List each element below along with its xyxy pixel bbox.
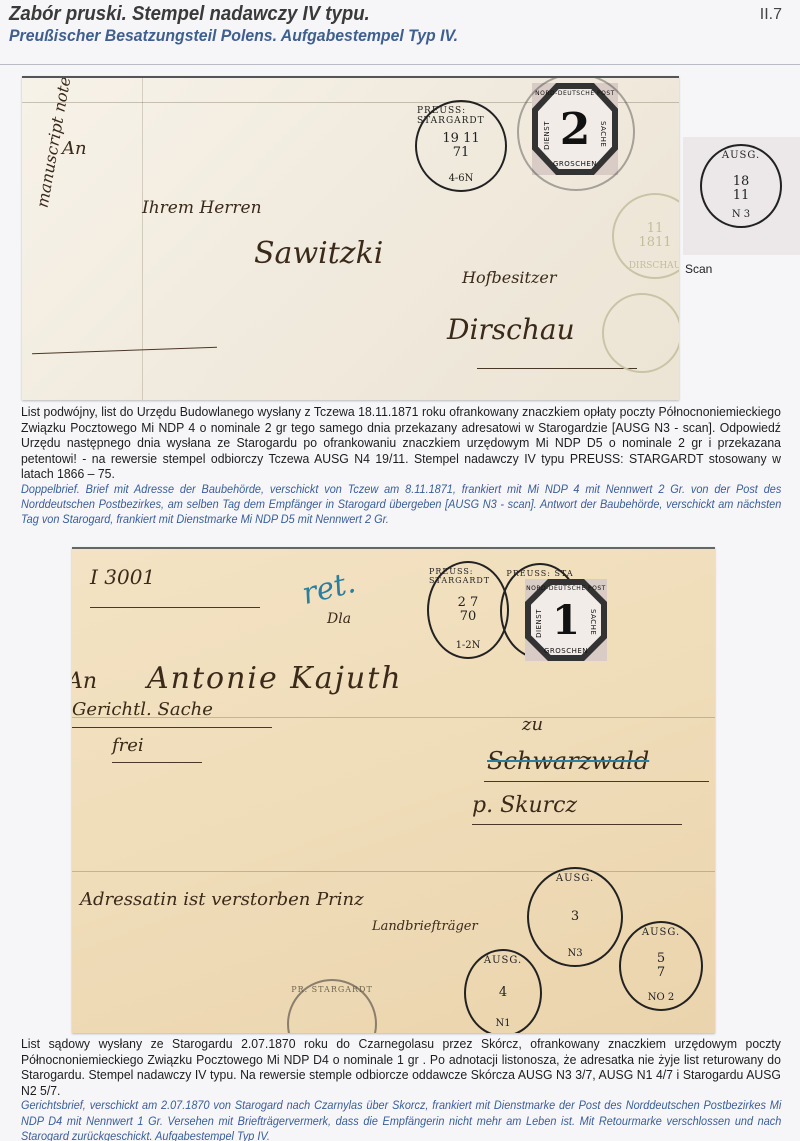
small-note: Dla xyxy=(327,611,351,627)
stamp-bottom-text: GROSCHEN xyxy=(544,647,588,655)
back-postmark-ausg-n1: AUSG. 4 N1 xyxy=(464,949,542,1033)
via-underline xyxy=(472,824,682,825)
address-line-4: Dirschau xyxy=(447,313,575,346)
page-subtitle: Preußischer Besatzungsteil Polens. Aufga… xyxy=(9,26,458,46)
postmark-date: 4 xyxy=(499,986,507,1000)
margin-note-an: An xyxy=(62,138,87,159)
address-line-3: Hofbesitzer xyxy=(462,268,557,287)
faint-arrival-postmark: 11 1811 DIRSCHAU xyxy=(612,193,679,279)
scan-postmark-month: 11 xyxy=(733,189,750,203)
postmark-number: N1 xyxy=(495,1018,510,1029)
postmark-ring-text: AUSG. xyxy=(556,873,594,884)
postmark-ring-text: AUSG. xyxy=(484,955,522,966)
stamp-top-text: NORD-DEUTSCHE POST xyxy=(526,585,606,592)
postmark-date: 2 7 xyxy=(458,596,479,610)
stamp-value: 2 xyxy=(560,104,591,155)
postmark-ring-text: AUSG. xyxy=(642,927,680,938)
postmark-year: 70 xyxy=(460,610,477,624)
caption-2: List sądowy wysłany ze Starogardu 2.07.1… xyxy=(21,1036,781,1141)
stamp-top-text: NORD-DEUTSCHE POST xyxy=(535,90,615,97)
margin-underline xyxy=(32,347,217,354)
address-name: Antonie Kajuth xyxy=(147,661,403,696)
address-underline xyxy=(477,368,637,369)
faint-postmark-town: DIRSCHAU xyxy=(629,261,679,271)
left-note-1: Gerichtl. Sache xyxy=(72,699,213,720)
page-number: II.7 xyxy=(760,6,782,24)
fold-line xyxy=(72,871,715,872)
stamp-left-text: DIENST xyxy=(543,121,551,150)
seal-text: PR. STARGARDT xyxy=(291,985,373,994)
postmark-date: 3 xyxy=(571,910,579,924)
scan-postmark-ausg: AUSG. 18 11 N 3 xyxy=(700,144,782,228)
back-postmark-ausg-n3: AUSG. 3 N3 xyxy=(527,867,623,967)
stamp-right-text: SACHE xyxy=(599,121,607,147)
scan-postmark-day: 18 xyxy=(733,175,750,189)
caption-2-german: Gerichtsbrief, verschickt am 2.07.1870 v… xyxy=(21,1098,781,1141)
stamp-bottom-text: GROSCHEN xyxy=(553,160,597,168)
postmark-number: N3 xyxy=(567,948,582,959)
page-title: Zabór pruski. Stempel nadawczy IV typu. xyxy=(9,3,370,26)
left-note-underline xyxy=(112,762,202,763)
address-line-2: Sawitzki xyxy=(254,236,383,271)
postmark-date: 5 xyxy=(657,952,665,966)
address-line-1: Ihrem Herren xyxy=(142,198,262,218)
stamp-right-text: SACHE xyxy=(589,609,597,635)
header-divider xyxy=(0,64,800,65)
postmark-number: NO 2 xyxy=(648,992,675,1003)
scan-postmark-ring: AUSG. xyxy=(722,150,760,161)
left-note-2: frei xyxy=(112,735,144,756)
postman-signature: Landbriefträger xyxy=(372,919,478,934)
postmark-year: 71 xyxy=(453,146,470,160)
cover-2-image: I 3001 ret. Dla PREUSS: STARGARDT 2 7 70… xyxy=(72,547,715,1033)
address-via: p. Skurcz xyxy=(472,793,577,818)
reference-underline xyxy=(90,607,260,608)
scan-inset: AUSG. 18 11 N 3 xyxy=(683,137,800,255)
town-underline xyxy=(484,781,709,782)
stamp-value: 1 xyxy=(552,597,580,644)
faint-postmark-line: 1811 xyxy=(638,236,671,250)
address-an: An xyxy=(72,669,97,694)
caption-2-polish: List sądowy wysłany ze Starogardu 2.07.1… xyxy=(21,1036,781,1098)
caption-1-polish: List podwójny, list do Urzędu Budowlaneg… xyxy=(21,404,781,482)
official-seal: PR. STARGARDT xyxy=(287,979,377,1033)
postmark-ring-text: PREUSS: STARGARDT xyxy=(417,106,505,126)
back-postmark-ausg-n2: AUSG. 5 7 NO 2 xyxy=(619,921,703,1011)
postmark-time: 4-6N xyxy=(449,173,474,184)
postmark-month: 7 xyxy=(657,966,665,980)
postmark-preuss-stargardt-1: PREUSS: STARGARDT 2 7 70 1-2N xyxy=(427,561,509,659)
reference-number: I 3001 xyxy=(90,565,155,589)
faint-postmark-2 xyxy=(602,293,679,373)
left-note-underline xyxy=(72,727,272,728)
caption-1: List podwójny, list do Urzędu Budowlaneg… xyxy=(21,404,781,528)
scan-postmark-number: N 3 xyxy=(732,209,750,220)
fold-line xyxy=(142,78,143,400)
address-zu: zu xyxy=(522,714,543,735)
cover-1-image: manuscript notes An Ihrem Herren Sawitzk… xyxy=(22,76,679,400)
returned-note: ret. xyxy=(299,565,360,612)
postmark-time: 1-2N xyxy=(456,640,481,651)
stamp-ndp-d4: NORD-DEUTSCHE POST DIENST SACHE 1 GROSCH… xyxy=(525,579,607,661)
postmark-ring-text: PREUSS: STA xyxy=(506,569,573,578)
faint-postmark-date: 11 xyxy=(647,222,664,236)
postmark-ring-text: PREUSS: STARGARDT xyxy=(429,567,507,585)
postmark-preuss-stargardt: PREUSS: STARGARDT 19 11 71 4-6N xyxy=(415,100,507,192)
scan-label: Scan xyxy=(685,262,712,276)
postmark-date: 19 11 xyxy=(442,132,479,146)
postman-note: Adressatin ist verstorben Prinz xyxy=(80,889,364,910)
address-town-crossed: Schwarzwald xyxy=(487,747,649,775)
stamp-left-text: DIENST xyxy=(535,609,543,638)
caption-1-german: Doppelbrief. Brief mit Adresse der Baube… xyxy=(21,482,781,528)
